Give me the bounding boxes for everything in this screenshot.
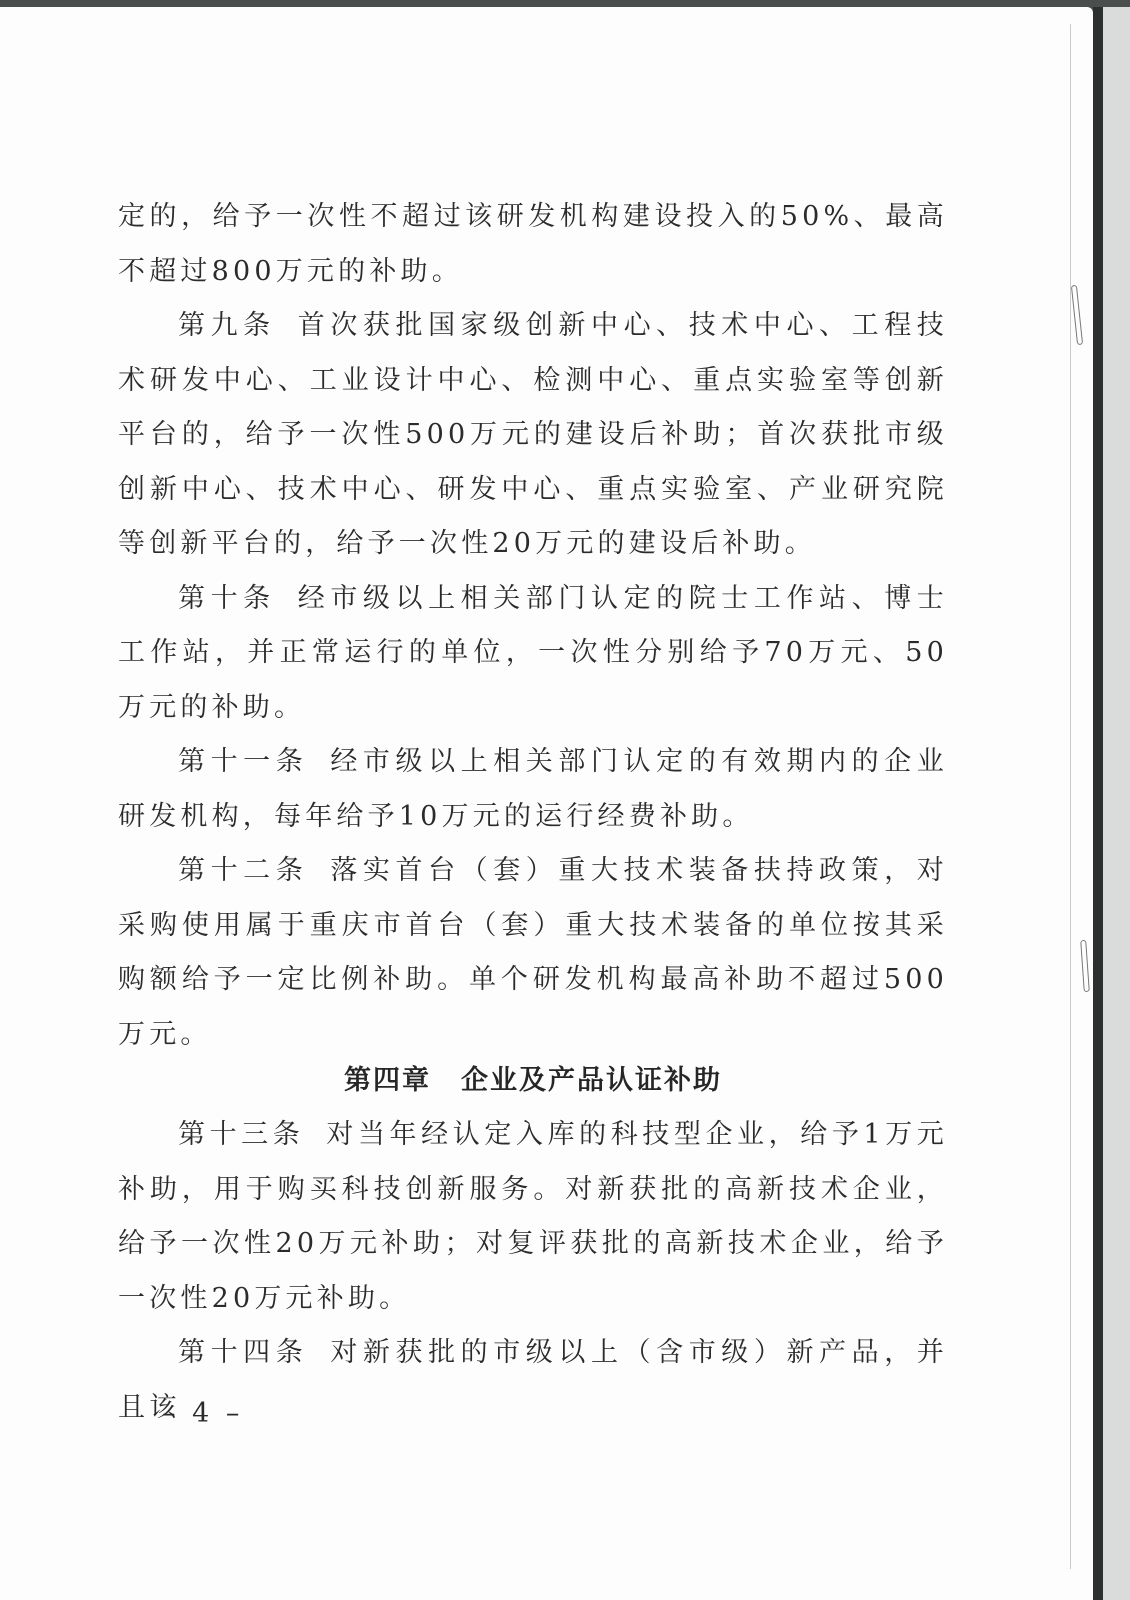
scanner-margin bbox=[1103, 7, 1130, 1600]
article-13: 第十三条对当年经认定入库的科技型企业，给予1万元补助，用于购买科技创新服务。对新… bbox=[118, 1108, 948, 1326]
chapter-heading: 第四章企业及产品认证补助 bbox=[118, 1058, 948, 1097]
chapter-title: 企业及产品认证补助 bbox=[461, 1065, 722, 1096]
article-12: 第十二条落实首台（套）重大技术装备扶持政策，对采购使用属于重庆市首台（套）重大技… bbox=[118, 844, 948, 1062]
article-number: 第十三条 bbox=[178, 1119, 304, 1150]
article-10: 第十条经市级以上相关部门认定的院士工作站、博士工作站，并正常运行的单位，一次性分… bbox=[118, 572, 948, 736]
article-number: 第九条 bbox=[178, 310, 276, 341]
article-number: 第十二条 bbox=[178, 855, 308, 886]
paragraph-text: 定的，给予一次性不超过该研发机构建设投入的50%、最高不超过800万元的补助。 bbox=[118, 201, 948, 287]
continuation-paragraph: 定的，给予一次性不超过该研发机构建设投入的50%、最高不超过800万元的补助。 bbox=[118, 190, 948, 299]
chapter-number: 第四章 bbox=[344, 1065, 431, 1096]
page-number: – 4 – bbox=[162, 1398, 243, 1429]
article-number: 第十四条 bbox=[178, 1337, 308, 1368]
scanner-border bbox=[1093, 7, 1103, 1600]
article-9: 第九条首次获批国家级创新中心、技术中心、工程技术研发中心、工业设计中心、检测中心… bbox=[118, 299, 948, 572]
page-edge bbox=[1070, 24, 1074, 1569]
body-before-chapter: 定的，给予一次性不超过该研发机构建设投入的50%、最高不超过800万元的补助。 … bbox=[118, 190, 948, 1062]
article-number: 第十一条 bbox=[178, 746, 308, 777]
article-11: 第十一条经市级以上相关部门认定的有效期内的企业研发机构，每年给予10万元的运行经… bbox=[118, 735, 948, 844]
body-after-chapter: 第十三条对当年经认定入库的科技型企业，给予1万元补助，用于购买科技创新服务。对新… bbox=[118, 1108, 948, 1435]
article-text: 首次获批国家级创新中心、技术中心、工程技术研发中心、工业设计中心、检测中心、重点… bbox=[118, 310, 948, 559]
article-number: 第十条 bbox=[178, 583, 276, 614]
